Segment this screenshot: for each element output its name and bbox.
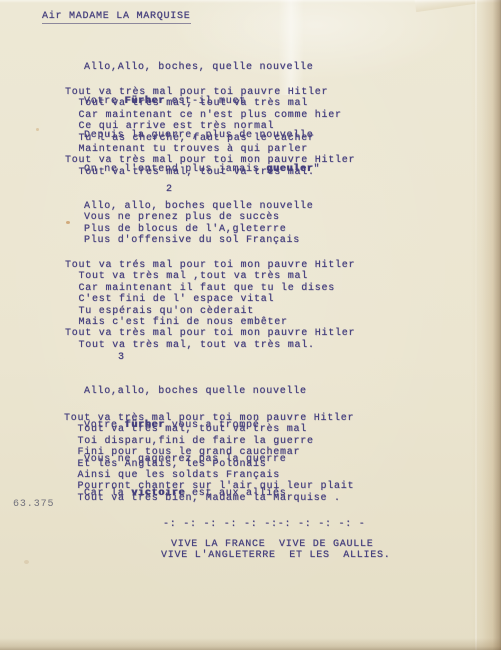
verse-line: Allo,allo, boches quelle nouvelle [84,386,307,397]
paper-bottom-edge [0,638,501,650]
divider-line: -: -: -: -: -: -:-: -: -: -: - [163,519,366,530]
stanza-number-3: 3 [118,352,125,363]
verse-line: Allo,Allo, boches, quelle nouvelle [84,62,320,73]
refrain-2: Tout va trés mal pour toi mon pauvre Hit… [65,260,355,351]
paper-stain [24,560,29,564]
reference-number: 63.375 [13,499,54,510]
paper-stain [66,221,70,224]
verse-2: Allo, allo, boches quelle nouvelle Vous … [84,201,314,247]
refrain-3: Tout va très mal pour toi mon pauvre Hit… [64,413,354,504]
stanza-number-2: 2 [166,184,173,195]
page-title: Air MADAME LA MARQUISE [42,11,191,24]
refrain-1: Tout va très mal pour toi pauvre Hitler … [65,87,355,178]
paper-right-edge [471,0,501,650]
page-title-text: Air MADAME LA MARQUISE [42,11,191,24]
paper-stain [36,128,39,131]
footer-slogan-1: VIVE LA FRANCE VIVE DE GAULLE [171,539,374,550]
paper-top-edge [0,0,501,3]
footer-slogan-2: VIVE L'ANGLETERRE ET LES ALLIES. [161,550,391,561]
scanned-typewritten-page: Air MADAME LA MARQUISE Allo,Allo, boches… [0,0,501,650]
